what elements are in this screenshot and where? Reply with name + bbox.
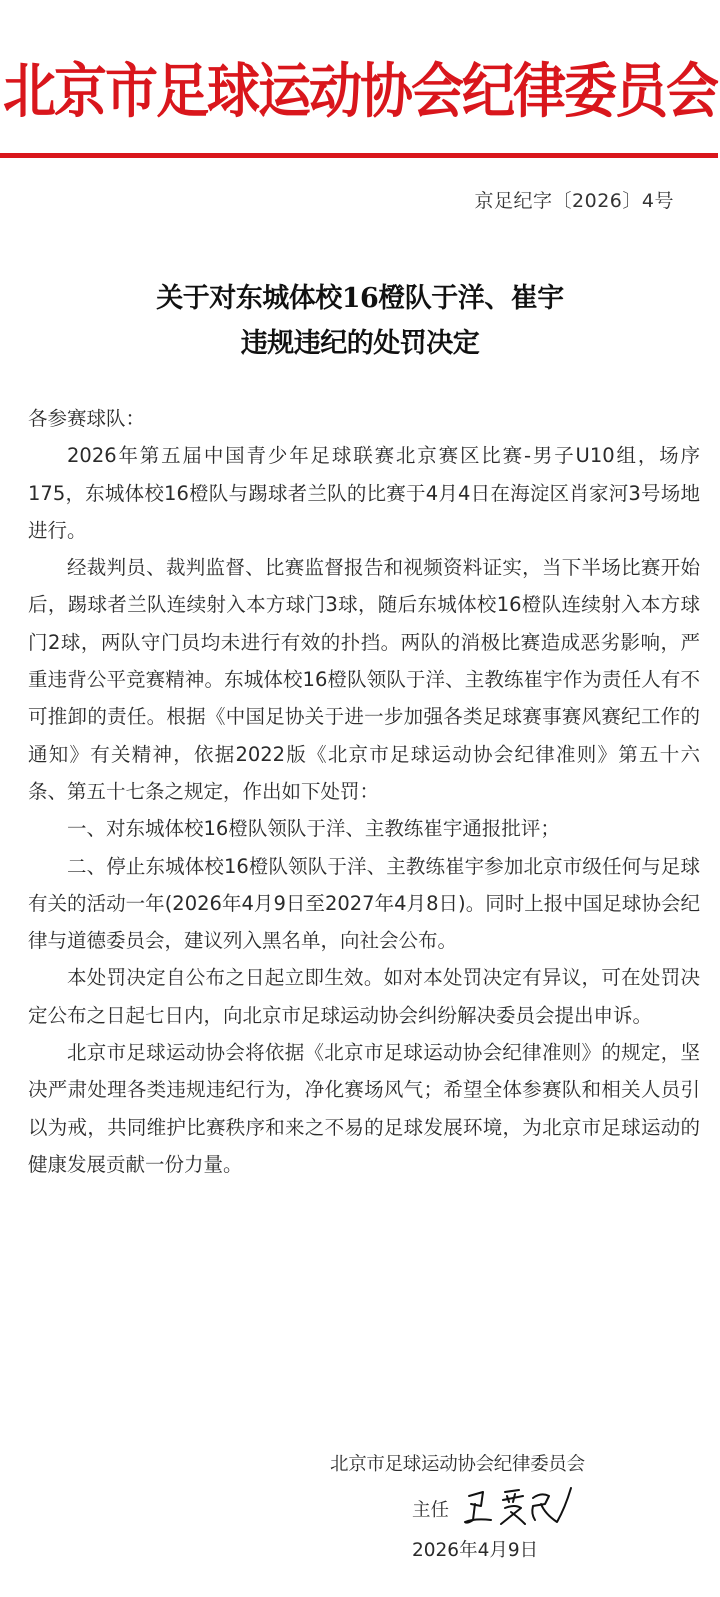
document-title: 关于对东城体校16橙队于洋、崔宇 违规违纪的处罚决定 [0, 276, 720, 366]
signature-row: 主任 [412, 1484, 591, 1534]
paragraph-findings: 经裁判员、裁判监督、比赛监督报告和视频资料证实，当下半场比赛开始后，踢球者兰队连… [28, 549, 700, 810]
signature-organization: 北京市足球运动协会纪律委员会 [330, 1450, 585, 1476]
paragraph-closing: 北京市足球运动协会将依据《北京市足球运动协会纪律准则》的规定，坚决严肃处理各类违… [28, 1034, 700, 1183]
document-body: 各参赛球队： 2026年第五届中国青少年足球联赛北京赛区比赛-男子U10组，场序… [28, 400, 700, 1183]
document-number: 京足纪字〔2026〕4号 [475, 186, 674, 213]
paragraph-penalty-2: 二、停止东城体校16橙队领队于洋、主教练崔宇参加北京市级任何与足球有关的活动一年… [28, 848, 700, 960]
red-divider-line [0, 153, 718, 158]
salutation: 各参赛球队： [28, 400, 700, 437]
masthead-organization: 北京市足球运动协会纪律委员会 [0, 52, 720, 130]
signature-role: 主任 [412, 1496, 449, 1522]
title-line-2: 违规违纪的处罚决定 [0, 321, 720, 366]
handwritten-signature-icon [461, 1484, 591, 1535]
paragraph-effective-appeal: 本处罚决定自公布之日起立即生效。如对本处罚决定有异议，可在处罚决定公布之日起七日… [28, 959, 700, 1034]
signature-date: 2026年4月9日 [412, 1536, 538, 1562]
paragraph-penalty-1: 一、对东城体校16橙队领队于洋、主教练崔宇通报批评； [28, 810, 700, 847]
paragraph-match-info: 2026年第五届中国青少年足球联赛北京赛区比赛-男子U10组，场序175，东城体… [28, 437, 700, 549]
title-line-1: 关于对东城体校16橙队于洋、崔宇 [0, 276, 720, 321]
